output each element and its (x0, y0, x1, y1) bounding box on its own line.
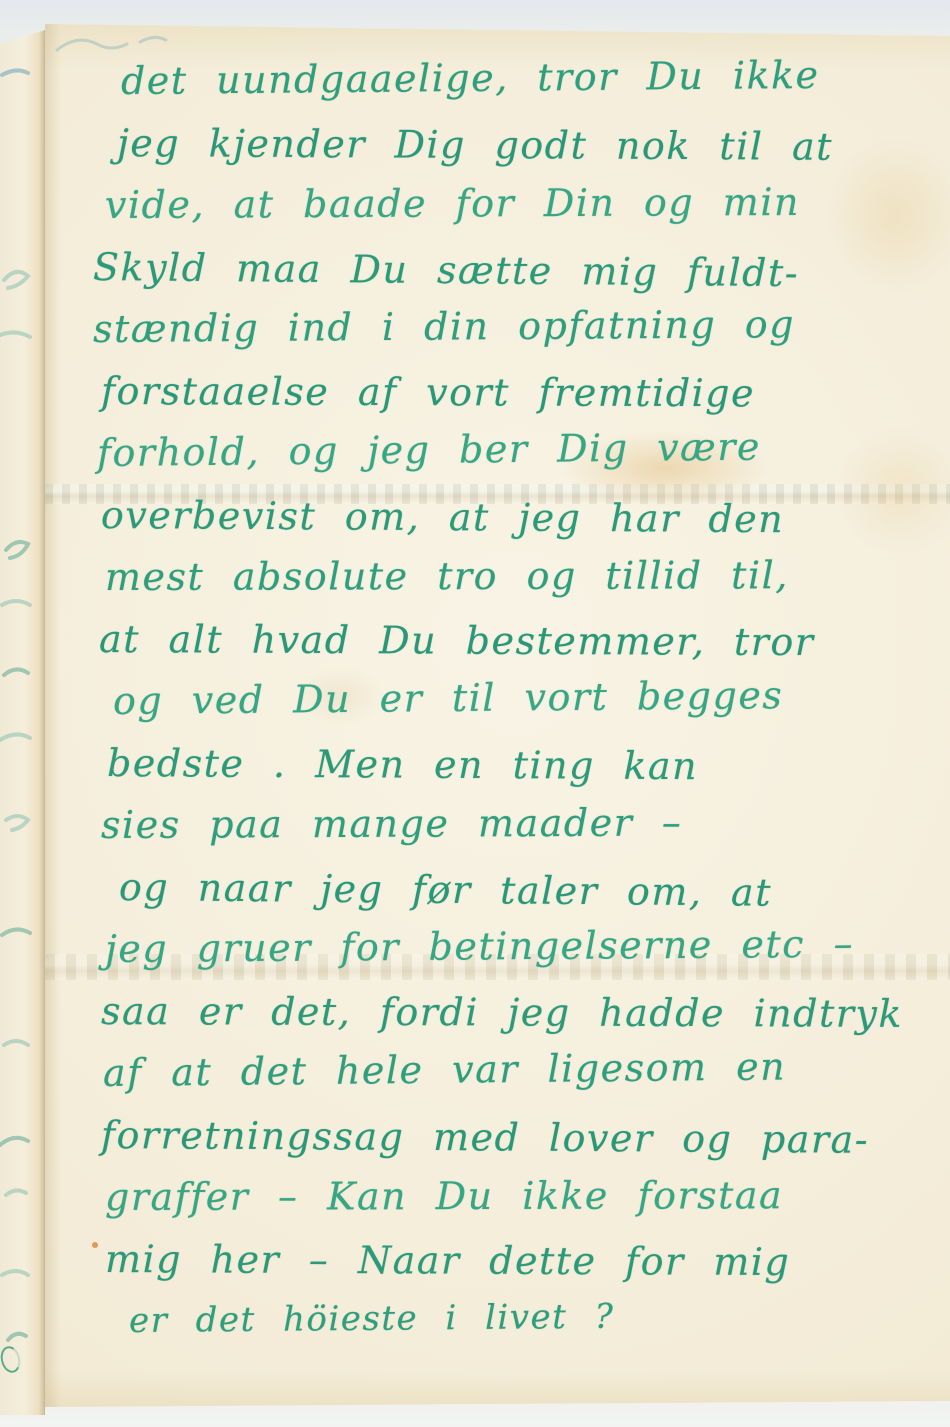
handwritten-line: og ved Du er til vort begges (113, 665, 934, 734)
handwritten-line: jeg kjender Dig godt nok til at (117, 114, 933, 180)
handwritten-line: stændig ind i din opfatning og (93, 294, 933, 362)
letter-lines: det uundgaaelige, tror Du ikkejeg kjende… (93, 52, 933, 1354)
handwritten-line: sies paa mange maader – (101, 792, 933, 858)
handwritten-line: vide, at baade for Din og min (105, 172, 933, 238)
handwritten-line: er det höieste i livet ? (129, 1285, 934, 1354)
handwritten-line: jeg gruer for betingelserne etc – (105, 914, 933, 982)
handwritten-line: overbevist om, at jeg har den (101, 486, 933, 553)
bleed-through-marks (0, 30, 45, 1415)
letter-paper: det uundgaaelige, tror Du ikkejeg kjende… (45, 16, 950, 1410)
handwritten-line: forhold, og jeg ber Dig være (97, 416, 934, 486)
folded-page-edge (0, 30, 45, 1415)
handwritten-line: af at det hele var ligesom en (103, 1036, 934, 1106)
handwritten-line: bedste . Men en ting kan (107, 734, 933, 800)
handwritten-line: mest absolute tro og tillid til, (105, 546, 933, 610)
handwritten-line: forretningssag med lover og para- (101, 1106, 933, 1173)
scanned-letter: det uundgaaelige, tror Du ikkejeg kjende… (0, 0, 950, 1427)
handwritten-line: det uundgaaelige, tror Du ikke (121, 45, 934, 114)
handwritten-line: graffer – Kan Du ikke forstaa (105, 1166, 933, 1230)
